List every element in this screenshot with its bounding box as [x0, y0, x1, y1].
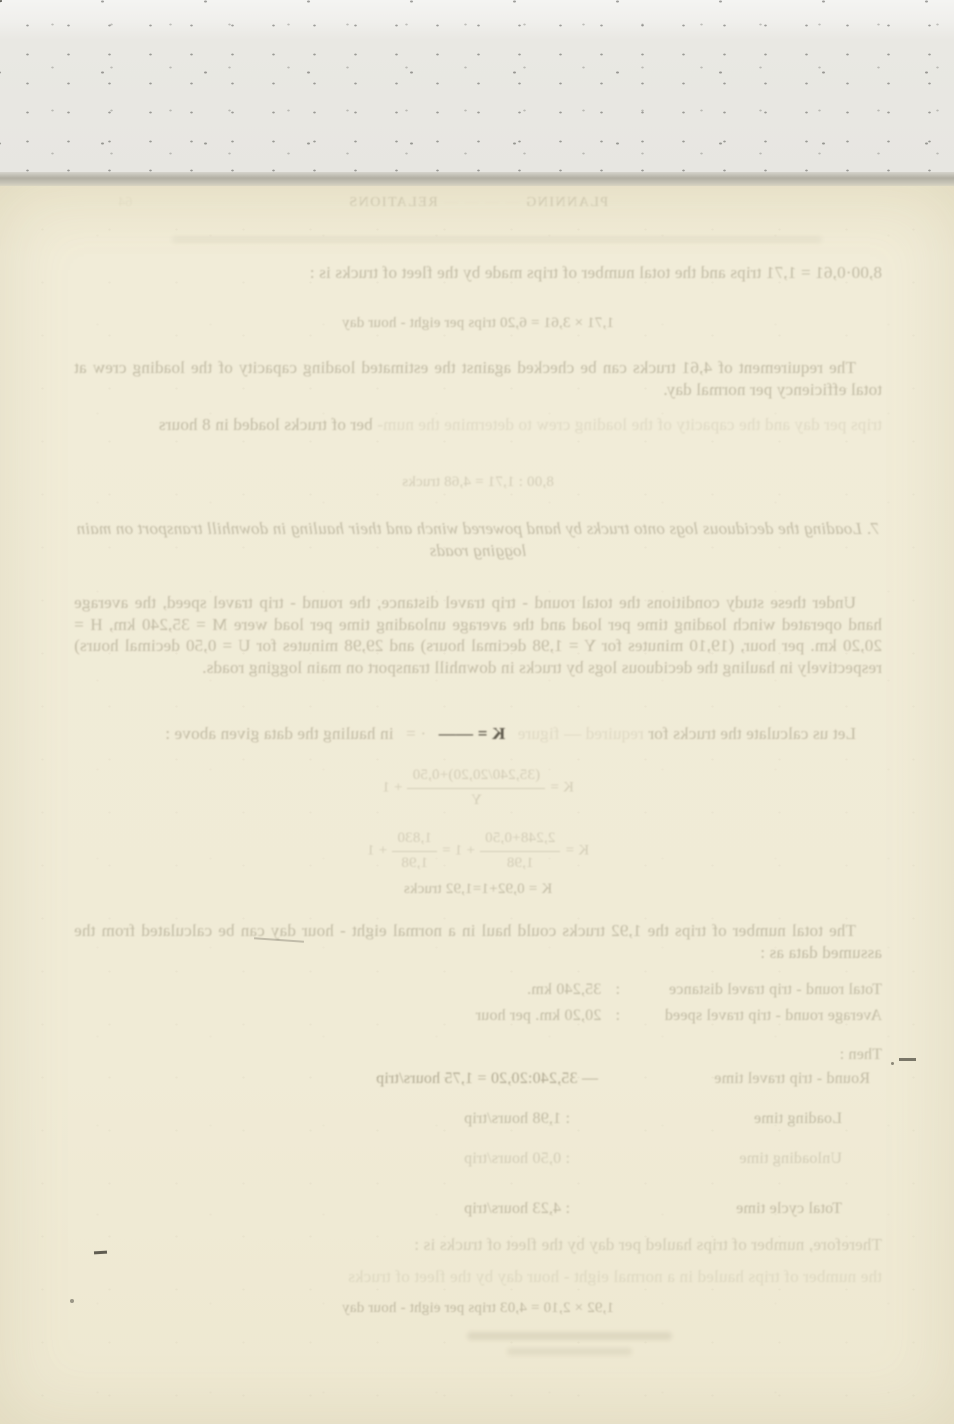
cycle-row-value: : 4,23 hours/trip — [464, 1198, 570, 1220]
formula-k-1-fraction: (35,240/20,20)+0,50Y — [408, 765, 546, 811]
formula-k-2-fraction-b: 1,8301,98 — [392, 828, 437, 874]
assumed-row-sep: : — [615, 1005, 620, 1027]
let-us-calculate-gap: required — figure — [518, 724, 644, 743]
paragraph-let-us-calculate: Let us calculate the trucks for required… — [74, 723, 882, 745]
stray-dash-mark — [899, 1058, 916, 1061]
paragraph-therefore: Therefore, number of trips hauled per da… — [74, 1234, 882, 1256]
faint-text-smudge — [507, 1348, 632, 1355]
formula-k-2-denominator-b: 1,98 — [392, 852, 437, 875]
formula-k-2-denominator-a: 1,98 — [480, 852, 560, 875]
cycle-row-value: — 35,240:20,20 = 1,75 hours/trip — [376, 1068, 598, 1090]
stray-dot-mark — [891, 1062, 894, 1065]
paragraph-requirement: The requirement of 4,61 trucks can be ch… — [74, 357, 882, 400]
running-header: PLANNING — — — — RELATIONS 64 — [74, 192, 882, 214]
cycle-row-value: : 0,50 hours/trip — [464, 1148, 570, 1170]
formula-k-1-denominator: Y — [408, 789, 546, 812]
cycle-row-value: : 1,98 hours/trip — [464, 1108, 570, 1130]
scanned-page: PLANNING — — — — RELATIONS 64 8,00·0,61 … — [0, 186, 954, 1424]
cycle-row-label: Round - trip travel time — [598, 1068, 870, 1090]
assumed-row-sep: : — [615, 979, 620, 1001]
faint-text-smudge — [467, 1332, 672, 1340]
paragraph-total-trips: The total number of trips the 1,92 truck… — [74, 920, 882, 963]
formula-k-1-numerator: (35,240/20,20)+0,50 — [408, 765, 546, 789]
formula-k-2: K =2,248+0,501,98+ 1 =1,8301,98+ 1 — [74, 828, 882, 874]
formula-trips-final: 1,92 × 2,10 = 4,03 trips per eight - hou… — [74, 1298, 882, 1320]
scanner-background-band — [0, 0, 954, 178]
faint-text-smudge — [172, 236, 822, 243]
formula-k-result: K = 0,92+1=1,92 trucks — [74, 879, 882, 901]
paragraph-loaded-trucks-line2: ber of trucks loaded in 8 hours — [159, 415, 373, 434]
formula-k-1: K =(35,240/20,20)+0,50Y+ 1 — [74, 765, 882, 811]
stray-dot-mark — [70, 1299, 74, 1303]
running-title-left: PLANNING — [525, 195, 609, 210]
assumed-data-row: Total round - trip travel distance : 35,… — [74, 979, 882, 1001]
cycle-row: Loading time : 1,98 hours/trip — [34, 1108, 882, 1130]
assumed-row-value: 20,20 km. per hour — [476, 1005, 602, 1027]
formula-k-2-lead: K = — [565, 842, 589, 858]
cycle-row: Round - trip travel time — 35,240:20,20 … — [62, 1068, 882, 1090]
formula-k-1-lead: K = — [550, 779, 574, 795]
formula-k-1-tail: + 1 — [382, 779, 402, 795]
cycle-row-label: Unloading time — [570, 1148, 842, 1170]
formula-k-2-numerator-b: 1,830 — [392, 828, 437, 852]
paragraph-loaded-trucks: trips per day and the capacity of the lo… — [74, 414, 882, 436]
assumed-row-value: 35,240 km. — [527, 979, 601, 1001]
formula-k-2-numerator-a: 2,248+0,50 — [480, 828, 560, 852]
paragraph-trips-total: 8,00·0,61 = 1,71 trips and the total num… — [74, 262, 882, 284]
section-heading-7: 7. Loading the deciduous logs onto truck… — [74, 518, 882, 561]
paragraph-loaded-trucks-line1: trips per day and the capacity of the lo… — [377, 415, 882, 434]
running-title-right: RELATIONS — [348, 195, 438, 210]
page-number: 64 — [118, 192, 132, 214]
cycle-row: Total cycle time : 4,23 hours/trip — [34, 1198, 882, 1220]
mirrored-showthrough-layer: PLANNING — — — — RELATIONS 64 8,00·0,61 … — [0, 186, 954, 1424]
running-title: PLANNING — — — — RELATIONS — [74, 192, 882, 214]
stray-dash-mark — [94, 1251, 107, 1255]
formula-trips-per-day: 1,71 × 3,61 = 6,20 trips per eight - hou… — [74, 313, 882, 335]
stray-line-mark — [254, 937, 304, 942]
scanner-dust-specks — [0, 0, 2, 2]
then-label: Then : — [74, 1044, 882, 1066]
let-us-calculate-pre: Let us calculate the trucks for — [648, 724, 882, 743]
running-title-middle: — — — — — [443, 195, 520, 210]
assumed-data-row: Average round - trip travel speed : 20,2… — [74, 1005, 882, 1027]
cycle-row-label: Loading time — [570, 1108, 842, 1130]
formula-k-2-tail: + 1 — [367, 842, 387, 858]
cycle-row-label: Total cycle time — [570, 1198, 842, 1220]
paragraph-study-conditions: Under these study conditions the total r… — [74, 592, 882, 678]
cycle-row: Unloading time : 0,50 hours/trip — [34, 1148, 882, 1170]
let-us-calculate-mid: · = — [406, 724, 426, 743]
formula-k-2-mid: + 1 = — [442, 842, 475, 858]
let-us-calculate-k: K = —— — [439, 724, 506, 743]
let-us-calculate-post: in hauling the data given above : — [165, 724, 393, 743]
paragraph-therefore-faint: the number of trips hauled in a normal e… — [74, 1266, 882, 1288]
formula-trucks-loaded: 8,00 : 1,71 = 4,68 trucks — [74, 472, 882, 494]
assumed-row-label: Average round - trip travel speed — [620, 1005, 882, 1027]
formula-k-2-fraction-a: 2,248+0,501,98 — [480, 828, 560, 874]
assumed-row-label: Total round - trip travel distance — [620, 979, 882, 1001]
